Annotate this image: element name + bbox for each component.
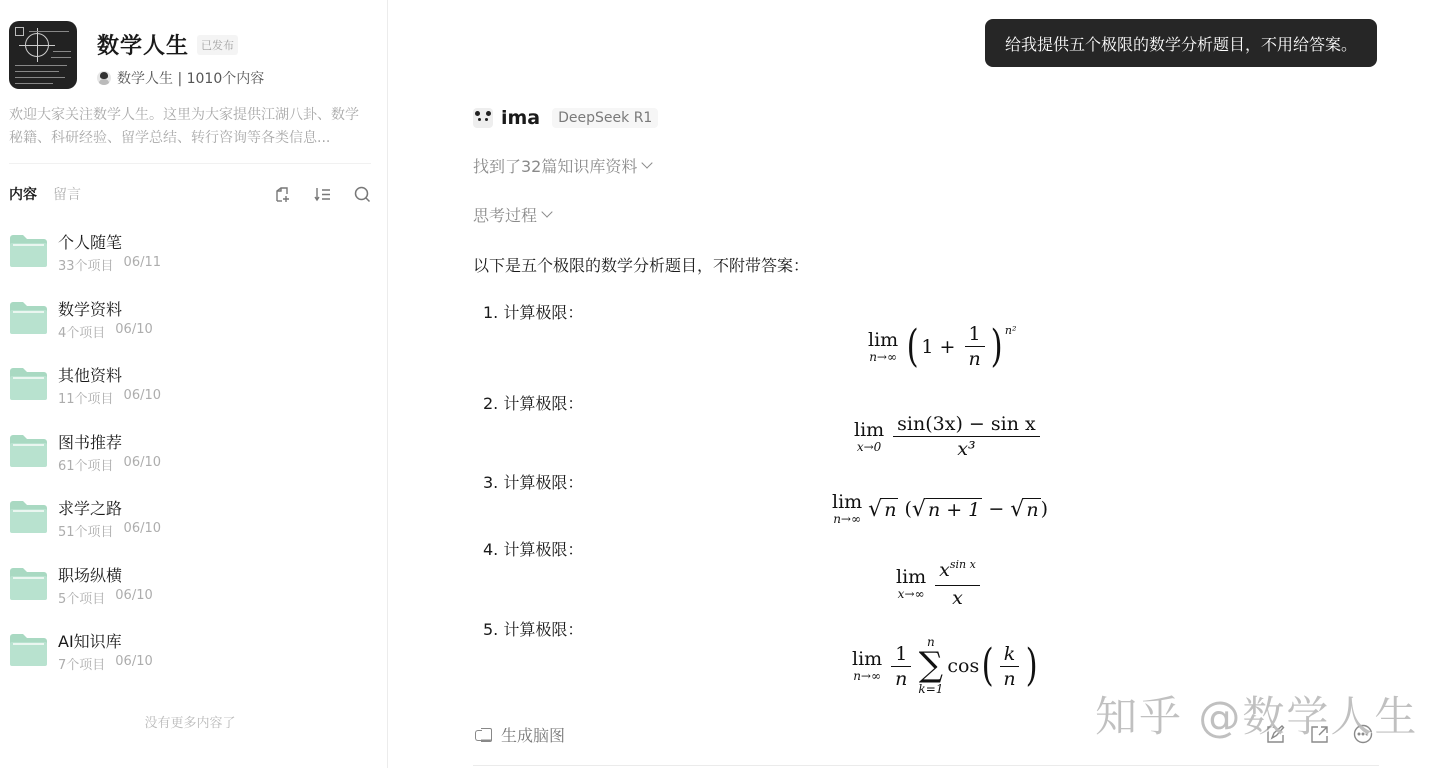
knowledge-base-header: 数学人生 已发布 数学人生 | 1010个内容 [9, 21, 264, 89]
sidebar-tabs: 内容 留言 [9, 180, 371, 208]
folder-item[interactable]: 求学之路 51个项目06/10 [9, 495, 371, 562]
formula-1: limn→∞ ( 1 + 1n ) n² [868, 322, 1016, 371]
folder-item[interactable]: 职场纵横 5个项目06/10 [9, 562, 371, 629]
new-file-icon[interactable] [273, 185, 291, 203]
folder-name: 个人随笔 [58, 232, 161, 254]
folder-count: 5个项目 [58, 588, 105, 607]
mindmap-icon [475, 728, 493, 742]
owner-info: 数学人生 | 1010个内容 [117, 68, 264, 88]
folder-name: 职场纵横 [58, 565, 153, 587]
folder-date: 06/10 [115, 588, 152, 607]
folder-icon [9, 567, 48, 601]
folder-date: 06/11 [124, 255, 161, 274]
tab-comments[interactable]: 留言 [53, 184, 81, 204]
folder-icon [9, 301, 48, 335]
question-label: 2. 计算极限： [483, 391, 583, 414]
question-label: 1. 计算极限： [483, 300, 583, 323]
folder-count: 61个项目 [58, 455, 114, 474]
folder-name: 图书推荐 [58, 432, 161, 454]
folder-item[interactable]: 数学资料 4个项目06/10 [9, 296, 371, 363]
folder-name: 其他资料 [58, 365, 161, 387]
thinking-toggle-label: 思考过程 [473, 203, 537, 226]
folder-icon [9, 367, 48, 401]
sort-icon[interactable] [313, 185, 331, 203]
folder-icon [9, 500, 48, 534]
question-label: 5. 计算极限： [483, 617, 583, 640]
question-label: 3. 计算极限： [483, 470, 583, 493]
end-of-list-text: 没有更多内容了 [0, 712, 380, 731]
assistant-name: ima [501, 107, 540, 129]
knowledge-base-title: 数学人生 [97, 29, 189, 60]
folder-name: 求学之路 [58, 498, 161, 520]
folder-name: 数学资料 [58, 299, 153, 321]
sources-toggle[interactable]: 找到了32篇知识库资料 [473, 153, 651, 177]
tab-content[interactable]: 内容 [9, 184, 37, 204]
chevron-down-icon [541, 206, 552, 217]
folder-item[interactable]: AI知识库 7个项目06/10 [9, 628, 371, 695]
folder-count: 11个项目 [58, 388, 114, 407]
owner-avatar[interactable] [97, 71, 111, 85]
folder-date: 06/10 [124, 388, 161, 407]
assistant-header: ima DeepSeek R1 [473, 104, 1379, 132]
watermark: 知乎 @数学人生 [1095, 684, 1418, 744]
folder-icon [9, 434, 48, 468]
search-icon[interactable] [353, 185, 371, 203]
divider [9, 163, 371, 164]
formula-2: limx→0 sin(3x) − sin xx³ [854, 412, 1043, 461]
folder-date: 06/10 [124, 521, 161, 540]
answer-intro: 以下是五个极限的数学分析题目，不附带答案： [473, 253, 809, 276]
folder-date: 06/10 [124, 455, 161, 474]
formula-4: limx→∞ xsin x x [896, 558, 983, 610]
folder-date: 06/10 [115, 654, 152, 673]
chevron-down-icon [642, 157, 653, 168]
folder-date: 06/10 [115, 322, 152, 341]
knowledge-base-description: 欢迎大家关注数学人生。这里为大家提供江湖八卦、数学秘籍、科研经验、留学总结、转行… [9, 104, 371, 150]
folder-count: 4个项目 [58, 322, 105, 341]
published-badge: 已发布 [197, 35, 238, 55]
generate-mindmap-button[interactable]: 生成脑图 [475, 723, 565, 746]
model-tag: DeepSeek R1 [552, 108, 658, 128]
divider [473, 765, 1379, 766]
question-label: 4. 计算极限： [483, 537, 583, 560]
folder-item[interactable]: 个人随笔 33个项目06/11 [9, 229, 371, 296]
folder-item[interactable]: 图书推荐 61个项目06/10 [9, 429, 371, 496]
formula-5: limn→∞ 1n n∑k=1 cos ( kn ) [852, 636, 1040, 696]
folder-icon [9, 234, 48, 268]
assistant-answer: ima DeepSeek R1 找到了32篇知识库资料 思考过程 以下是五个极限… [473, 104, 1379, 132]
folder-name: AI知识库 [58, 631, 153, 653]
folder-list: 个人随笔 33个项目06/11 数学资料 4个项目06/10 其他资料 11个项… [9, 229, 371, 695]
knowledge-base-cover-image [9, 21, 77, 89]
user-message-bubble: 给我提供五个极限的数学分析题目，不用给答案。 [985, 19, 1377, 67]
folder-item[interactable]: 其他资料 11个项目06/10 [9, 362, 371, 429]
generate-mindmap-label: 生成脑图 [501, 723, 565, 746]
sources-toggle-label: 找到了32篇知识库资料 [473, 154, 637, 177]
folder-count: 7个项目 [58, 654, 105, 673]
panda-avatar-icon [473, 108, 493, 128]
folder-icon [9, 633, 48, 667]
folder-count: 51个项目 [58, 521, 114, 540]
chat-panel: 给我提供五个极限的数学分析题目，不用给答案。 ima DeepSeek R1 找… [389, 0, 1440, 768]
thinking-toggle[interactable]: 思考过程 [473, 202, 551, 226]
folder-count: 33个项目 [58, 255, 114, 274]
formula-3: limn→∞ √n (√n + 1 − √n) [832, 492, 1048, 526]
knowledge-base-sidebar: 数学人生 已发布 数学人生 | 1010个内容 欢迎大家关注数学人生。这里为大家… [0, 0, 388, 768]
